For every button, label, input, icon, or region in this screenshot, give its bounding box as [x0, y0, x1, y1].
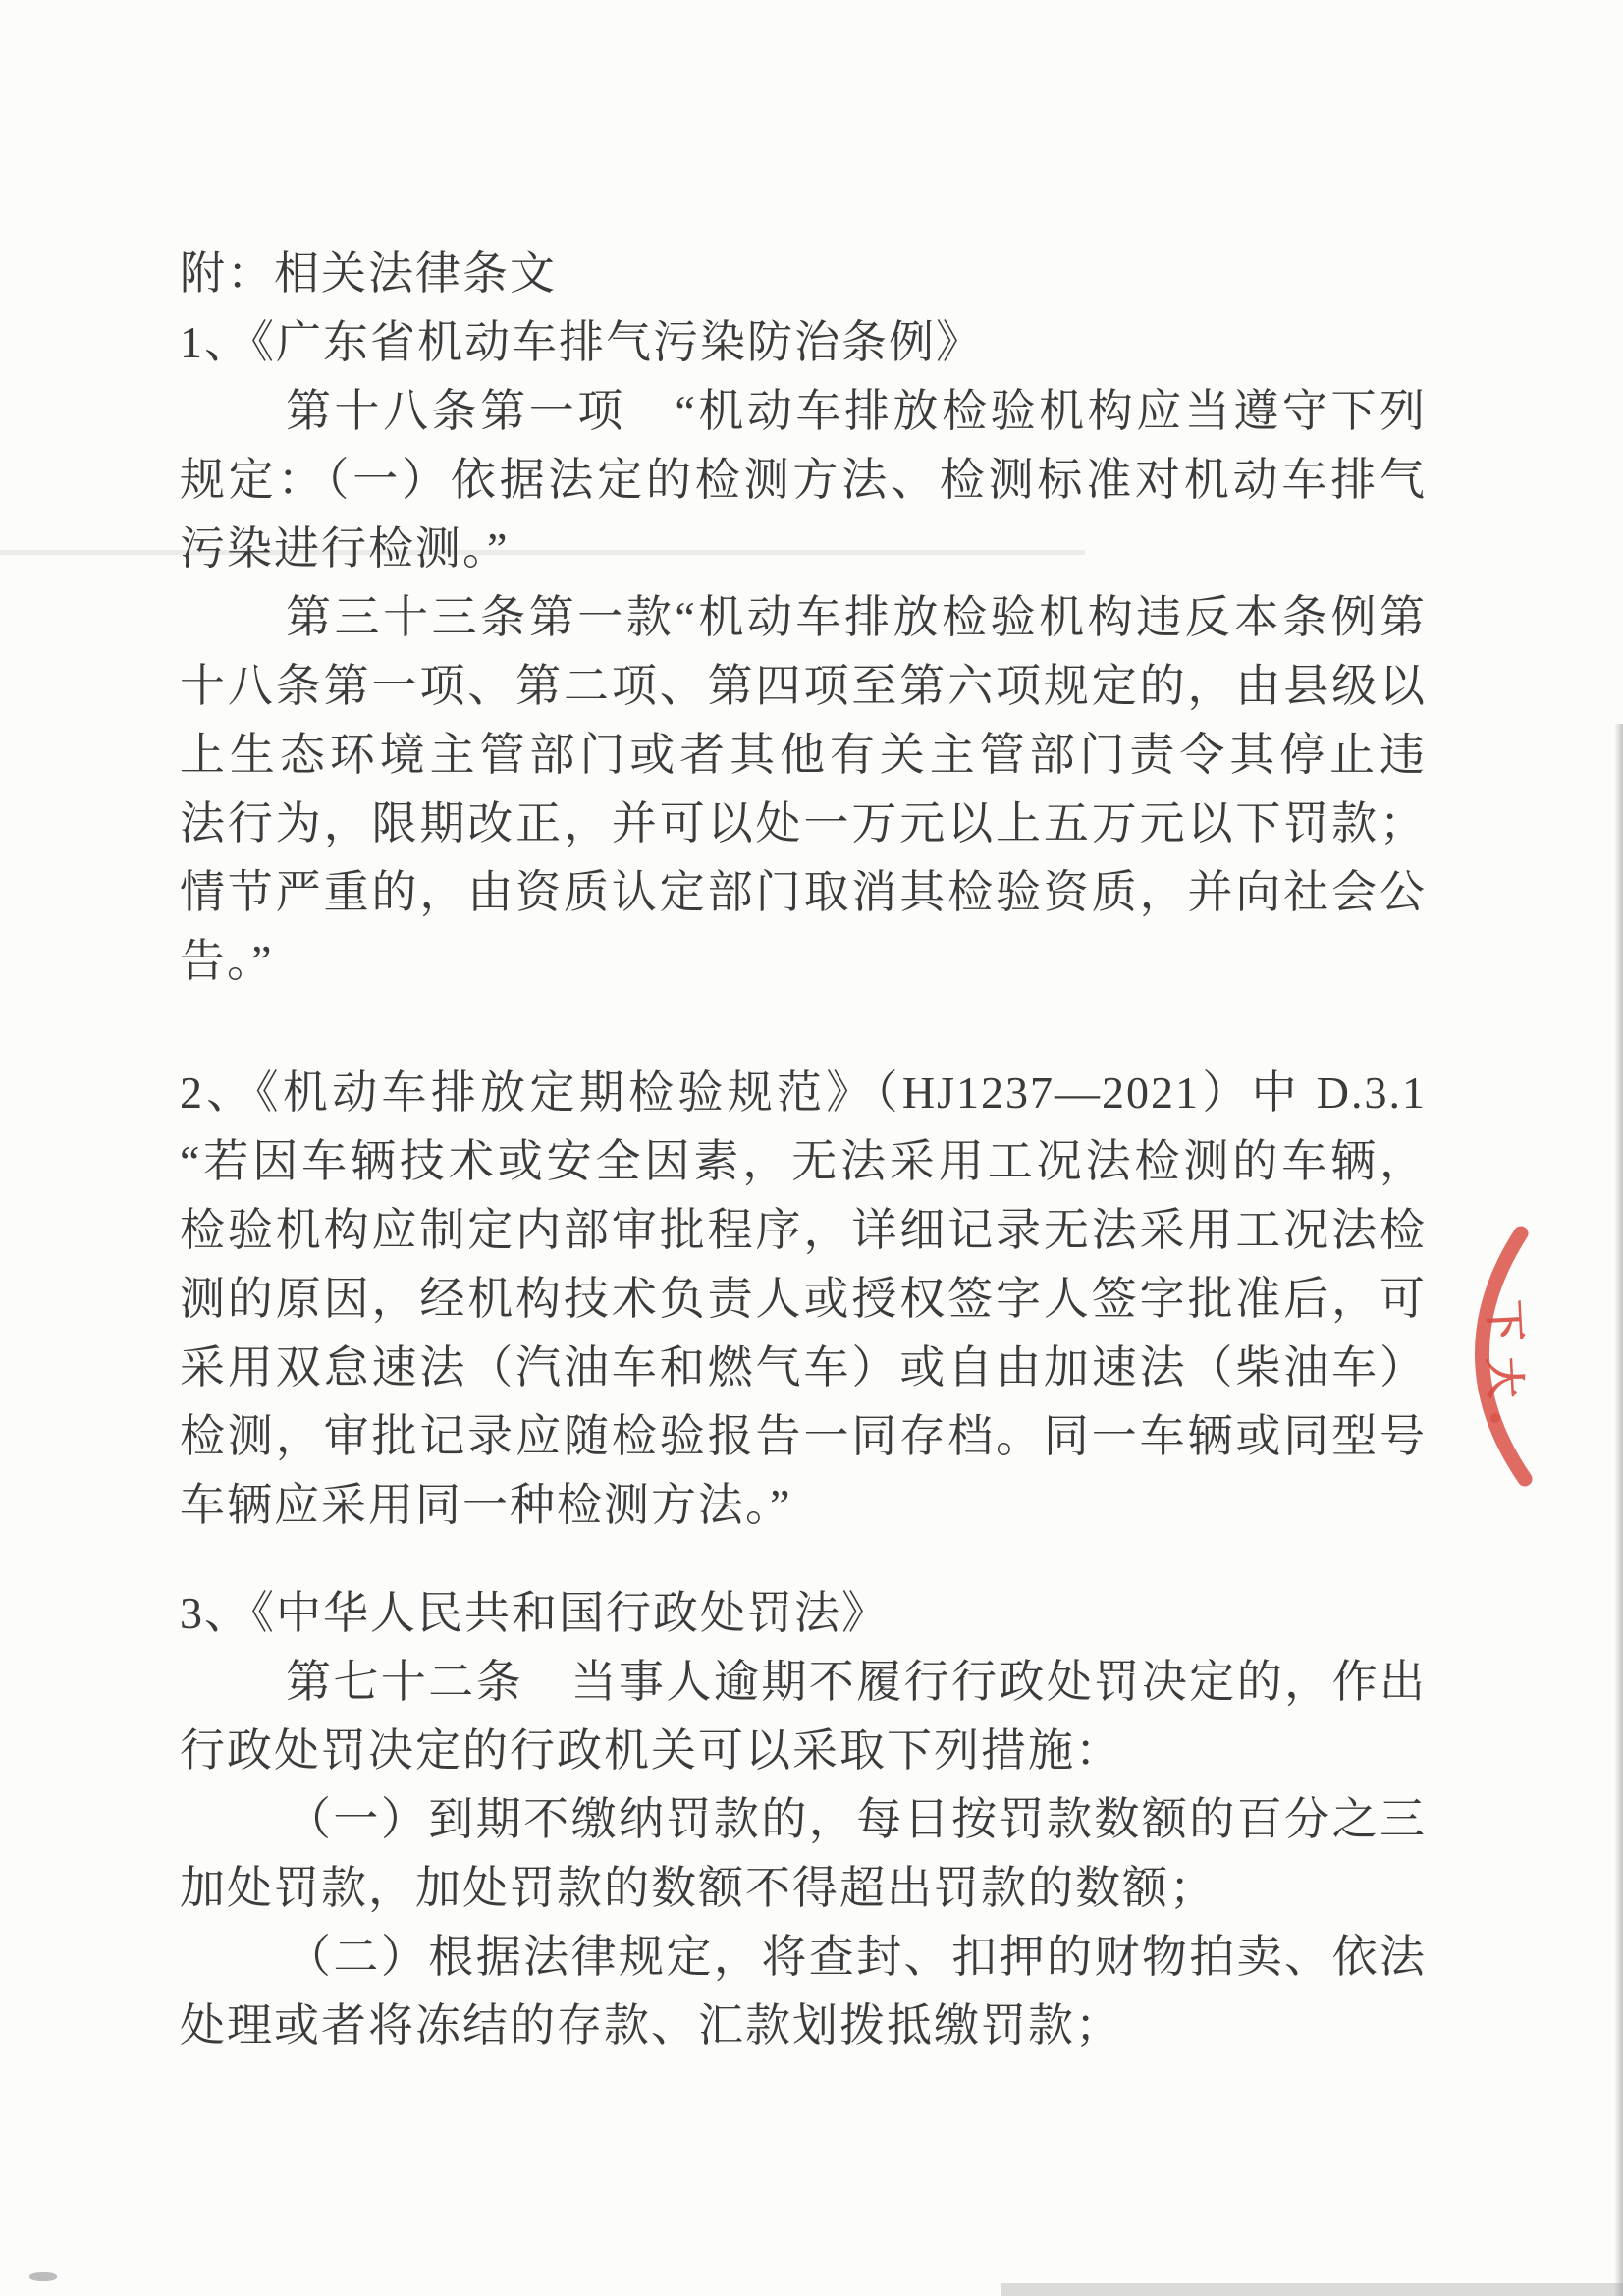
scan-artifact-right-edge [1614, 724, 1623, 2296]
section-3-paragraph-3: （二）根据法律规定，将查封、扣押的财物拍卖、依法 处理或者将冻结的存款、汇款划拨… [180, 1923, 1427, 2060]
document-body: 附：相关法律条文 1、《广东省机动车排气污染防治条例》 第十八条第一项 “机动车… [180, 240, 1427, 2060]
scanned-document-page: 附：相关法律条文 1、《广东省机动车排气污染防治条例》 第十八条第一项 “机动车… [0, 0, 1623, 2296]
attachment-heading: 附：相关法律条文 [180, 240, 1427, 308]
section-2-heading: 2、《机动车排放定期检验规范》（HJ1237—2021）中 D.3.1 [180, 1059, 1427, 1127]
text-line: “若因车辆技术或安全因素，无法采用工况法检测的车辆， [180, 1127, 1427, 1196]
text-line: 检验机构应制定内部审批程序，详细记录无法采用工况法检 [180, 1196, 1427, 1265]
text-line: 第三十三条第一款“机动车排放检验机构违反本条例第 [180, 583, 1427, 652]
text-line: 上生态环境主管部门或者其他有关主管部门责令其停止违 [180, 721, 1427, 790]
text-line: 行政处罚决定的行政机关可以采取下列措施： [180, 1717, 1427, 1785]
section-3-paragraph-2: （一）到期不缴纳罚款的，每日按罚款数额的百分之三 加处罚款，加处罚款的数额不得超… [180, 1785, 1427, 1923]
section-1-heading: 1、《广东省机动车排气污染防治条例》 [180, 308, 1427, 377]
section-3-heading: 3、《中华人民共和国行政处罚法》 [180, 1579, 1427, 1648]
seal-character: 大 [1482, 1356, 1526, 1411]
text-line: 测的原因，经机构技术负责人或授权签字人签字批准后，可 [180, 1265, 1427, 1334]
section-1: 1、《广东省机动车排气污染防治条例》 第十八条第一项 “机动车排放检验机构应当遵… [180, 308, 1427, 996]
section-2: 2、《机动车排放定期检验规范》（HJ1237—2021）中 D.3.1 “若因车… [180, 1059, 1427, 1540]
text-line: 污染进行检测。” [180, 515, 1427, 583]
section-2-paragraph: “若因车辆技术或安全因素，无法采用工况法检测的车辆， 检验机构应制定内部审批程序… [180, 1127, 1427, 1540]
text-line: 告。” [180, 927, 1427, 996]
scan-artifact-corner-mark [29, 2272, 57, 2281]
text-line: 检测，审批记录应随检验报告一同存档。同一车辆或同型号 [180, 1402, 1427, 1471]
text-line: 加处罚款，加处罚款的数额不得超出罚款的数额； [180, 1854, 1427, 1923]
text-line: 处理或者将冻结的存款、汇款划拨抵缴罚款； [180, 1992, 1427, 2060]
section-1-paragraph-2: 第三十三条第一款“机动车排放检验机构违反本条例第 十八条第一项、第二项、第四项至… [180, 583, 1427, 996]
seal-character: 下 [1482, 1299, 1526, 1354]
text-line: 法行为，限期改正，并可以处一万元以上五万元以下罚款； [180, 790, 1427, 858]
text-line: 第七十二条 当事人逾期不履行行政处罚决定的，作出 [180, 1648, 1427, 1717]
text-line: 采用双怠速法（汽油车和燃气车）或自由加速法（柴油车） [180, 1334, 1427, 1402]
scan-artifact-bottom-edge [1001, 2283, 1623, 2296]
text-line: 情节严重的，由资质认定部门取消其检验资质，并向社会公 [180, 858, 1427, 927]
text-line: 车辆应采用同一种检测方法。” [180, 1471, 1427, 1540]
section-1-paragraph-1: 第十八条第一项 “机动车排放检验机构应当遵守下列 规定：（一）依据法定的检测方法… [180, 377, 1427, 583]
red-seal-text-fragment: 下 大 [1477, 1306, 1530, 1404]
text-line: 十八条第一项、第二项、第四项至第六项规定的，由县级以 [180, 652, 1427, 721]
text-line: （二）根据法律规定，将查封、扣押的财物拍卖、依法 [180, 1923, 1427, 1992]
text-line: （一）到期不缴纳罚款的，每日按罚款数额的百分之三 [180, 1785, 1427, 1854]
section-3-paragraph-1: 第七十二条 当事人逾期不履行行政处罚决定的，作出 行政处罚决定的行政机关可以采取… [180, 1648, 1427, 1785]
section-3: 3、《中华人民共和国行政处罚法》 第七十二条 当事人逾期不履行行政处罚决定的，作… [180, 1579, 1427, 2060]
text-line: 规定：（一）依据法定的检测方法、检测标准对机动车排气 [180, 446, 1427, 515]
text-line: 第十八条第一项 “机动车排放检验机构应当遵守下列 [180, 377, 1427, 446]
